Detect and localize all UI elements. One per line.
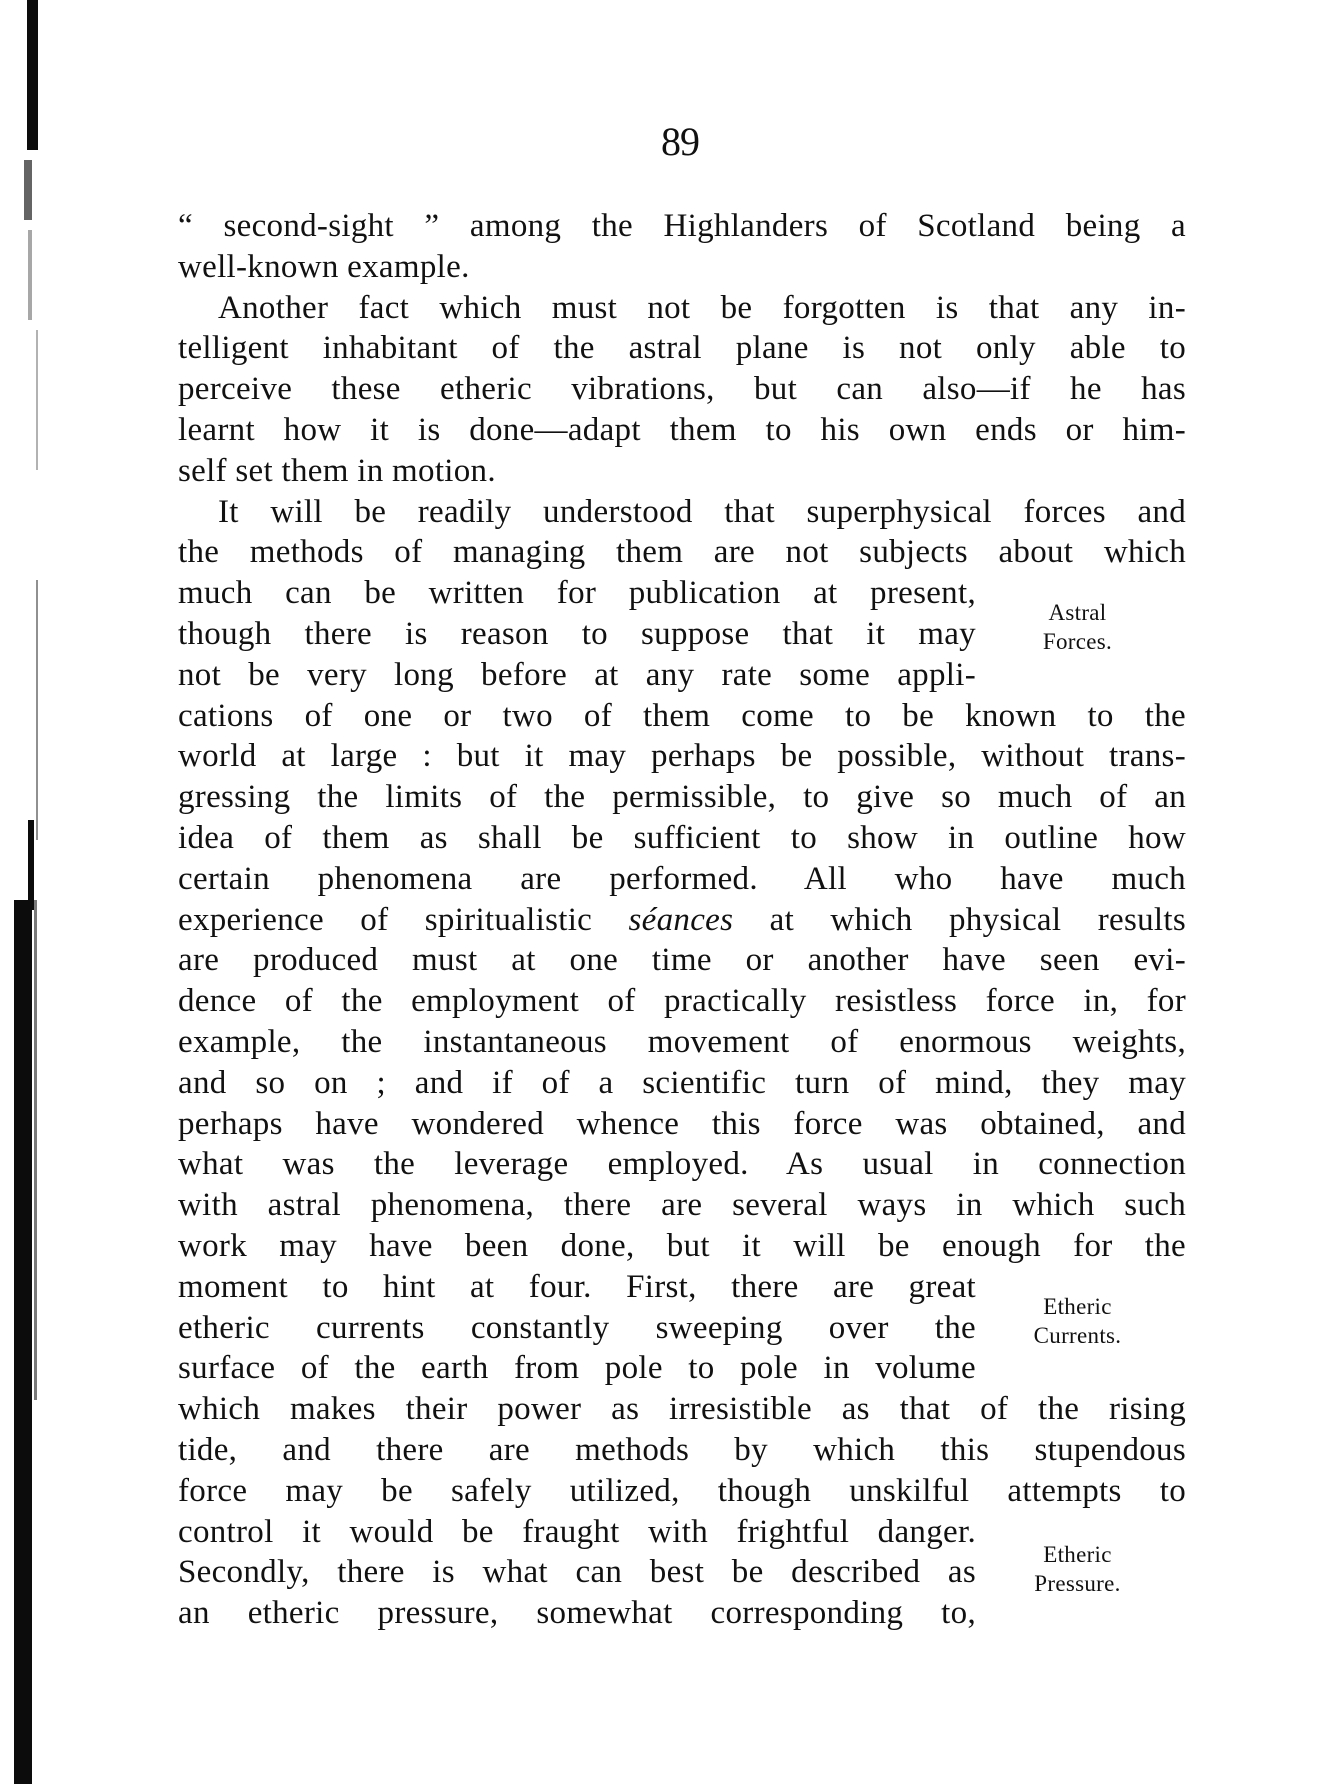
margin-note-etheric-currents: Etheric Currents. [1010, 1292, 1145, 1350]
binding-edge-lower [14, 900, 32, 1784]
text-line: experience of spiritualistic séances at … [178, 900, 1186, 941]
text-line: though there is reason to suppose that i… [178, 614, 976, 655]
binding-edge-upper [27, 0, 38, 150]
text-line: not be very long before at any rate some… [178, 655, 976, 696]
text-line: perhaps have wondered whence this force … [178, 1104, 1186, 1145]
text-line: well-known example. [178, 247, 1186, 288]
text-line: cations of one or two of them come to be… [178, 696, 1186, 737]
text-line: tide, and there are methods by which thi… [178, 1430, 1186, 1471]
margin-note-line: Etheric [1010, 1540, 1145, 1569]
margin-note-etheric-pressure: Etheric Pressure. [1010, 1540, 1145, 1598]
margin-note-astral-forces: Astral Forces. [1010, 598, 1145, 656]
text-line: which makes their power as irresistible … [178, 1389, 1186, 1430]
text-line: the methods of managing them are not sub… [178, 532, 1186, 573]
text-line: much can be written for publication at p… [178, 573, 976, 614]
margin-note-line: Forces. [1010, 627, 1145, 656]
text-line: “ second-sight ” among the Highlanders o… [178, 206, 1186, 247]
margin-note-line: Pressure. [1010, 1569, 1145, 1598]
binding-speck [28, 230, 32, 320]
binding-speck [36, 580, 38, 840]
text-line: It will be readily understood that super… [178, 492, 1186, 533]
binding-speck [34, 900, 37, 1400]
text-line: dence of the employment of practically r… [178, 981, 1186, 1022]
text-line: gressing the limits of the permissible, … [178, 777, 1186, 818]
italic-term: séances [629, 902, 734, 938]
text-line: surface of the earth from pole to pole i… [178, 1348, 976, 1389]
page-number: 89 [640, 118, 720, 166]
margin-note-line: Astral [1010, 598, 1145, 627]
text-segment: at which physical results [733, 902, 1186, 938]
text-line: moment to hint at four. First, there are… [178, 1267, 976, 1308]
text-line: with astral phenomena, there are several… [178, 1185, 1186, 1226]
binding-speck [24, 160, 32, 220]
text-line: force may be safely utilized, though uns… [178, 1471, 1186, 1512]
binding-speck [36, 330, 38, 470]
text-line: idea of them as shall be sufficient to s… [178, 818, 1186, 859]
text-line: what was the leverage employed. As usual… [178, 1144, 1186, 1185]
text-line: world at large : but it may perhaps be p… [178, 736, 1186, 777]
text-line: etheric currents constantly sweeping ove… [178, 1308, 976, 1349]
text-segment: experience of spiritualistic [178, 902, 629, 938]
text-line: self set them in motion. [178, 451, 1186, 492]
text-line: and so on ; and if of a scientific turn … [178, 1063, 1186, 1104]
text-line: certain phenomena are performed. All who… [178, 859, 1186, 900]
text-line: Secondly, there is what can best be desc… [178, 1552, 976, 1593]
text-line: work may have been done, but it will be … [178, 1226, 1186, 1267]
text-line: learnt how it is done—adapt them to his … [178, 410, 1186, 451]
margin-note-line: Currents. [1010, 1321, 1145, 1350]
text-line: an etheric pressure, somewhat correspond… [178, 1593, 976, 1634]
text-line: control it would be fraught with frightf… [178, 1512, 976, 1553]
binding-edge-middle [28, 820, 34, 910]
text-line: example, the instantaneous movement of e… [178, 1022, 1186, 1063]
body-text: “ second-sight ” among the Highlanders o… [178, 206, 1186, 1634]
margin-note-line: Etheric [1010, 1292, 1145, 1321]
text-line: perceive these etheric vibrations, but c… [178, 369, 1186, 410]
text-line: telligent inhabitant of the astral plane… [178, 328, 1186, 369]
text-line: Another fact which must not be forgotten… [178, 288, 1186, 329]
text-line: are produced must at one time or another… [178, 940, 1186, 981]
